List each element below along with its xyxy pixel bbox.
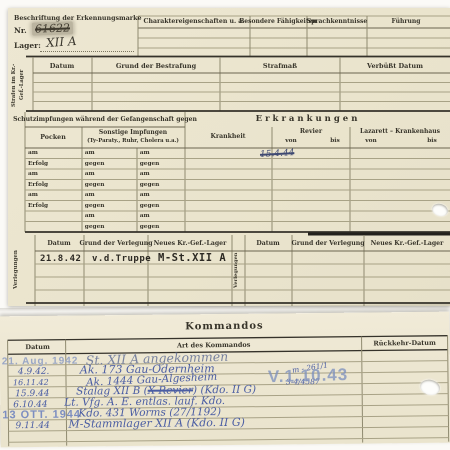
impf-cell: am — [82, 211, 137, 222]
col-neues-lager-right: Neues Kr.-Gef.-Lager — [371, 240, 444, 247]
impf-cell: gegen — [82, 180, 137, 191]
scanned-pow-record-page: Beschriftung der Erkennungsmarke Nr. 616… — [0, 0, 450, 450]
impf-cell: Erfolg — [25, 159, 82, 170]
col-neues-lager-left: Neues Kr.-Gef.-Lager — [154, 240, 227, 247]
impfungen-title: Schutzimpfungen während der Gefangenscha… — [13, 116, 197, 123]
impf-cell: gegen — [82, 222, 137, 233]
impfungen-rows: am am am Erfolg gegen gegen am am am Erf… — [25, 148, 185, 232]
lazarett-von-label: von — [365, 138, 376, 144]
record-card-kommandos: Kommandos Datum Art des Kommandos Rückke… — [0, 312, 450, 448]
col-datum-verlegung-right: Datum — [256, 240, 279, 247]
dotted-leader — [40, 50, 134, 52]
kommando-date-stamp: 21. Aug. 1942 — [2, 356, 79, 368]
nr-label: Nr. — [14, 26, 27, 35]
impf-cell: gegen — [82, 159, 137, 170]
col-charaktereigenschaften: Charaktereigenschaften u. a. — [144, 18, 245, 25]
lager-label: Lager: — [14, 41, 41, 50]
erkrankungen-title: Erkrankungen — [256, 114, 361, 124]
impf-cell: Erfolg — [25, 201, 82, 212]
kommando-date: 4.9.42. — [18, 367, 50, 377]
col-grund-der-verlegung-left: Grund der Verlegung — [79, 240, 152, 247]
transfer-stamp-date: 21.8.42 — [40, 254, 81, 264]
col-fuehrung: Führung — [392, 18, 421, 25]
col-grund-der-verlegung-right: Grund der Verlegung — [291, 240, 364, 247]
impf-cell: am — [137, 190, 185, 201]
revier-von-label: von — [285, 138, 296, 144]
col-datum-strafen: Datum — [50, 62, 74, 70]
impf-cell: am — [25, 190, 82, 201]
col-besondere-faehigkeiten: Besondere Fähigkeiten — [239, 18, 317, 25]
kommando-date: 16.11.42 — [13, 378, 49, 387]
col-grund-der-bestrafung: Grund der Bestrafung — [116, 62, 196, 70]
strafen-side-label: Strafen im Kr.-Gef.-Lager — [11, 59, 31, 111]
col-verbuesst-datum: Verbüßt Datum — [367, 62, 423, 70]
impf-cell: am — [137, 169, 185, 180]
verlegungen-side-label-mid: Verlegungen — [233, 240, 244, 300]
revier-bis-label: bis — [330, 138, 340, 144]
impfungen-row: gegen gegen — [25, 222, 185, 233]
kommandos-title: Kommandos — [185, 321, 263, 333]
impfungen-row: Erfolg gegen gegen — [25, 180, 185, 191]
kommando-date: 15.9.44 — [15, 389, 49, 399]
kommando-date: 9.11.44 — [15, 421, 49, 431]
impf-cell: gegen — [137, 201, 185, 212]
impf-cell: am — [25, 169, 82, 180]
col-datum-kommandos: Datum — [25, 343, 50, 351]
tag-inscription-label: Beschriftung der Erkennungsmarke — [14, 15, 141, 22]
impf-cell: gegen — [137, 180, 185, 191]
col-revier: Revier — [300, 128, 322, 135]
col-strafmass: Strafmaß — [263, 62, 297, 70]
camp-value: XII A — [46, 34, 77, 50]
col-datum-verlegung-left: Datum — [47, 240, 70, 247]
col-sonstige-impfungen-detail: (Ty-Paraty., Ruhr, Cholera u.a.) — [87, 138, 179, 144]
impf-cell: gegen — [82, 201, 137, 212]
impfungen-row: am am am — [25, 148, 185, 159]
col-krankheit: Krankheit — [210, 133, 245, 140]
record-card-top: Beschriftung der Erkennungsmarke Nr. 616… — [8, 8, 450, 306]
impf-cell: am — [82, 169, 137, 180]
transfer-stamp-reason: v.d.Truppe — [92, 254, 151, 264]
impf-cell: am — [25, 148, 82, 159]
date-stamp-large: V.1.10.43 — [268, 365, 349, 387]
col-sonstige-impfungen: Sonstige Impfungen — [99, 129, 167, 136]
col-lazarett-krankenhaus: Lazarett – Krankenhaus — [360, 128, 440, 135]
verlegungen-side-label: Verlegungen — [12, 238, 28, 302]
transfer-stamp-camp: M-St.XII A — [158, 252, 226, 264]
impf-cell: gegen — [137, 159, 185, 170]
col-sprachkenntnisse: Sprachkenntnisse — [307, 18, 367, 25]
impfungen-row: Erfolg gegen gegen — [25, 201, 185, 212]
impfungen-row: am am — [25, 211, 185, 222]
impf-cell: am — [82, 190, 137, 201]
impf-cell: am — [82, 148, 137, 159]
impf-cell: am — [137, 211, 185, 222]
col-pocken: Pocken — [40, 134, 66, 141]
col-rueckkehr-datum: Rückkehr-Datum — [373, 339, 436, 348]
impf-cell: gegen — [137, 222, 185, 233]
kommando-entry: M-Stammlager XII A (Kdo. II G) — [68, 416, 245, 431]
impfungen-row: am am am — [25, 169, 185, 180]
impf-cell: am — [137, 148, 185, 159]
impf-cell — [25, 211, 82, 222]
impfungen-row: am am am — [25, 190, 185, 201]
impfungen-row: Erfolg gegen gegen — [25, 159, 185, 170]
impf-cell: Erfolg — [25, 180, 82, 191]
crossed-out-entry: 15.4.44 — [260, 148, 295, 160]
impf-cell — [25, 222, 82, 233]
lazarett-bis-label: bis — [427, 138, 437, 144]
